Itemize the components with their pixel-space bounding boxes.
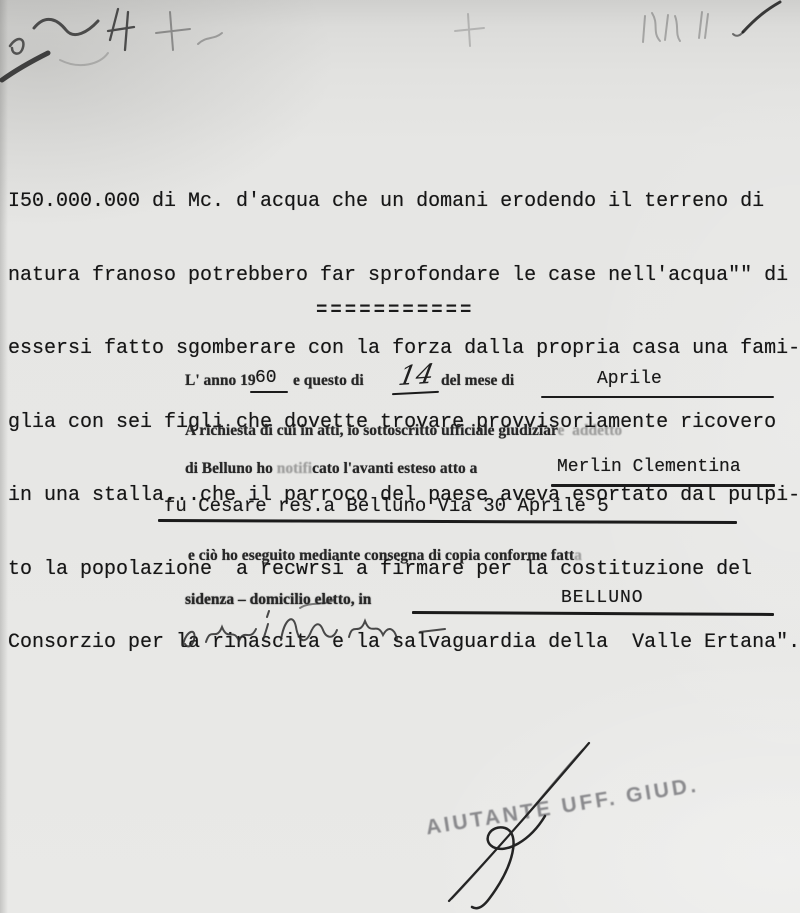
- pencil-scribbles-icon: [2, 9, 222, 80]
- faint-cross-mark-icon: [455, 14, 484, 46]
- ink-marks-overlay: [0, 0, 800, 913]
- signature-flourish-icon: [449, 743, 589, 908]
- handwritten-note-icon: [183, 600, 445, 646]
- corner-pen-stroke-icon: [733, 2, 780, 36]
- faint-numerals-icon: [643, 12, 708, 42]
- scanned-document-page: I50.000.000 di Mc. d'acqua che un domani…: [0, 0, 800, 913]
